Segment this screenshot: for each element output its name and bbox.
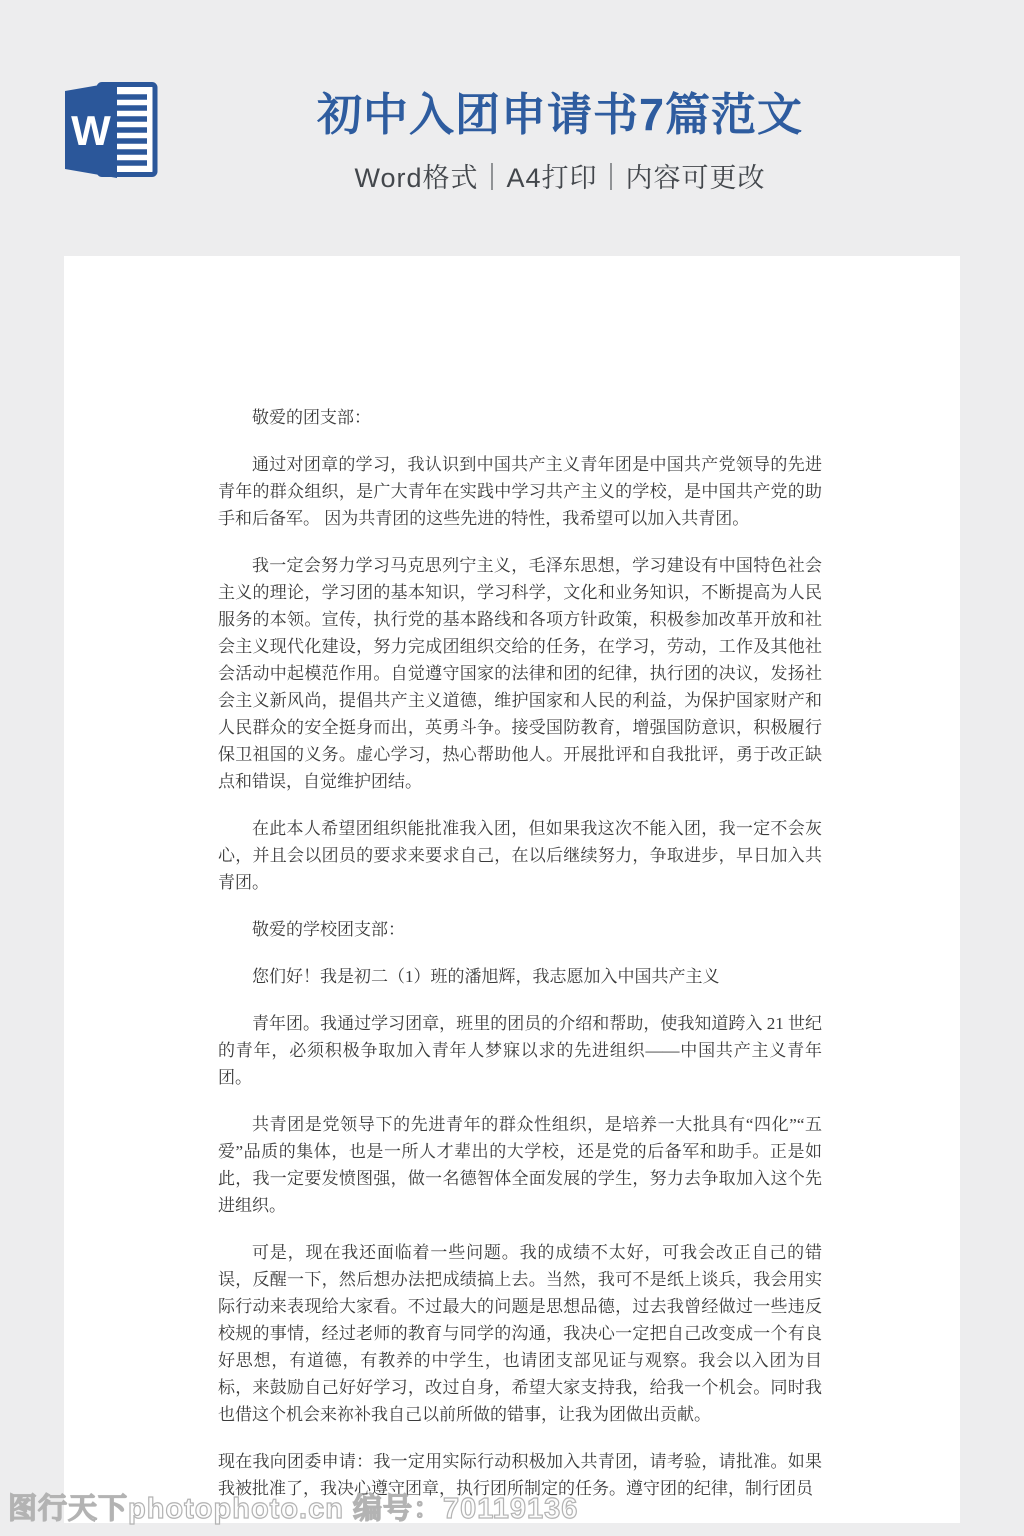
header-text-block: 初中入团申请书7篇范文 Word格式｜A4打印｜内容可更改 [160,90,960,195]
document-paragraph: 在此本人希望团组织能批准我入团，但如果我这次不能入团，我一定不会灰心，并且会以团… [218,815,822,896]
document-paragraph: 敬爱的学校团支部： [218,916,822,943]
document-paragraph: 您们好！我是初二（1）班的潘旭辉，我志愿加入中国共产主义 [218,963,822,990]
document-page-body: 敬爱的团支部：通过对团章的学习，我认识到中国共产主义青年团是中国共产党领导的先进… [64,256,960,1502]
watermark-text: 图行天下photophoto.cn 编号：70119136 [8,1486,578,1527]
header: W 初中入团申请书7篇范文 Word格式｜A4打印｜内容可更改 [0,0,1024,256]
page-title: 初中入团申请书7篇范文 [160,90,960,140]
document-paragraph: 我一定会努力学习马克思列宁主义，毛泽东思想，学习建设有中国特色社会主义的理论，学… [218,552,822,795]
page-subtitle: Word格式｜A4打印｜内容可更改 [160,156,960,195]
document-paragraph: 敬爱的团支部： [218,404,822,431]
document-paragraph: 可是，现在我还面临着一些问题。我的成绩不太好，可我会改正自己的错误，反醒一下，然… [218,1239,822,1428]
ms-word-logo-icon: W [63,82,158,178]
document-page: 敬爱的团支部：通过对团章的学习，我认识到中国共产主义青年团是中国共产党领导的先进… [64,256,960,1523]
document-paragraph: 通过对团章的学习，我认识到中国共产主义青年团是中国共产党领导的先进青年的群众组织… [218,451,822,532]
document-paragraph: 青年团。我通过学习团章，班里的团员的介绍和帮助，使我知道跨入 21 世纪的青年，… [218,1010,822,1091]
svg-text:W: W [71,107,111,154]
document-paragraph: 共青团是党领导下的先进青年的群众性组织，是培养一大批具有“四化”“五爱”品质的集… [218,1111,822,1219]
